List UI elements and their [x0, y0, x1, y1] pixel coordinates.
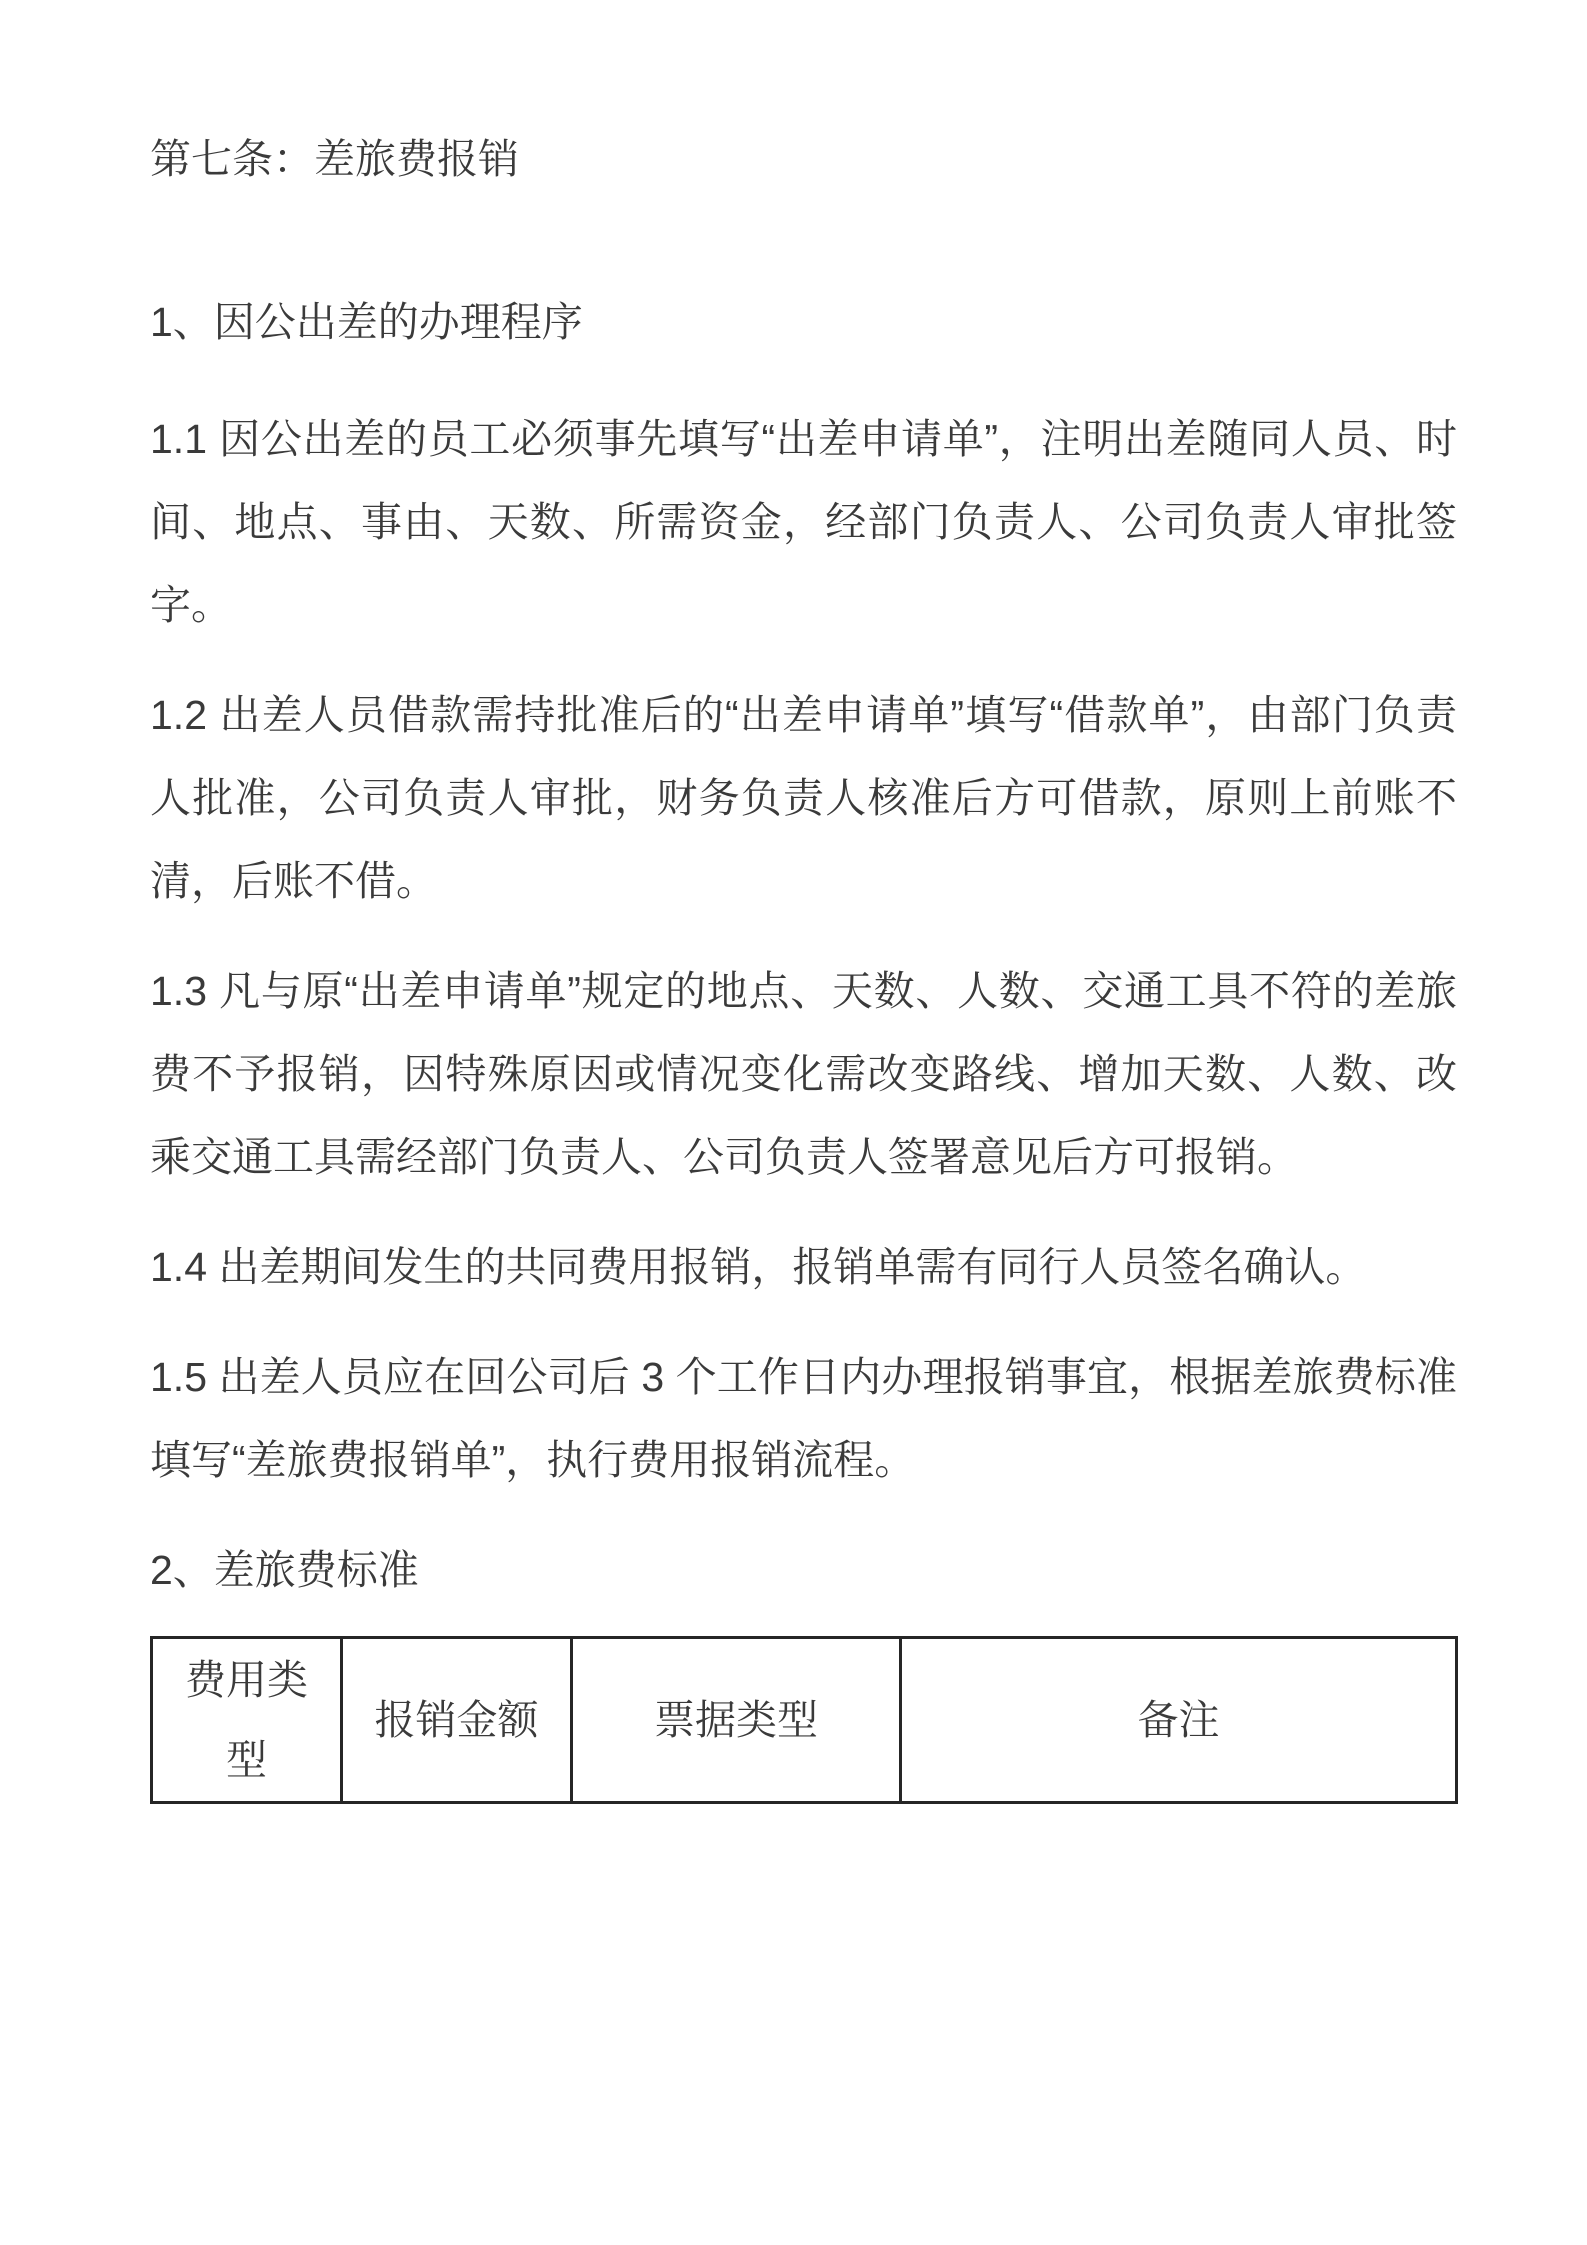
table-header-row: 费用类型 报销金额 票据类型 备注 [152, 1638, 1457, 1803]
clause-1-4: 1.4 出差期间发生的共同费用报销，报销单需有同行人员签名确认。 [150, 1226, 1457, 1309]
table-header-receipt-type: 票据类型 [572, 1638, 901, 1803]
expense-standard-table: 费用类型 报销金额 票据类型 备注 [150, 1636, 1458, 1804]
section-1-heading: 1、因公出差的办理程序 [150, 281, 1457, 364]
clause-1-3: 1.3 凡与原“出差申请单”规定的地点、天数、人数、交通工具不符的差旅费不予报销… [150, 950, 1457, 1199]
table-header-expense-type: 费用类型 [152, 1638, 342, 1803]
clause-1-2: 1.2 出差人员借款需持批准后的“出差申请单”填写“借款单”，由部门负责人批准，… [150, 674, 1457, 923]
clause-1-1: 1.1 因公出差的员工必须事先填写“出差申请单”，注明出差随同人员、时间、地点、… [150, 398, 1457, 647]
section-2-heading: 2、差旅费标准 [150, 1529, 1457, 1612]
clause-1-5: 1.5 出差人员应在回公司后 3 个工作日内办理报销事宜，根据差旅费标准填写“差… [150, 1336, 1457, 1502]
table-header-remarks: 备注 [901, 1638, 1457, 1803]
document-page: 第七条：差旅费报销 1、因公出差的办理程序 1.1 因公出差的员工必须事先填写“… [0, 0, 1587, 2245]
table-header-reimbursement-amount: 报销金额 [342, 1638, 572, 1803]
article-title: 第七条：差旅费报销 [150, 118, 1457, 201]
